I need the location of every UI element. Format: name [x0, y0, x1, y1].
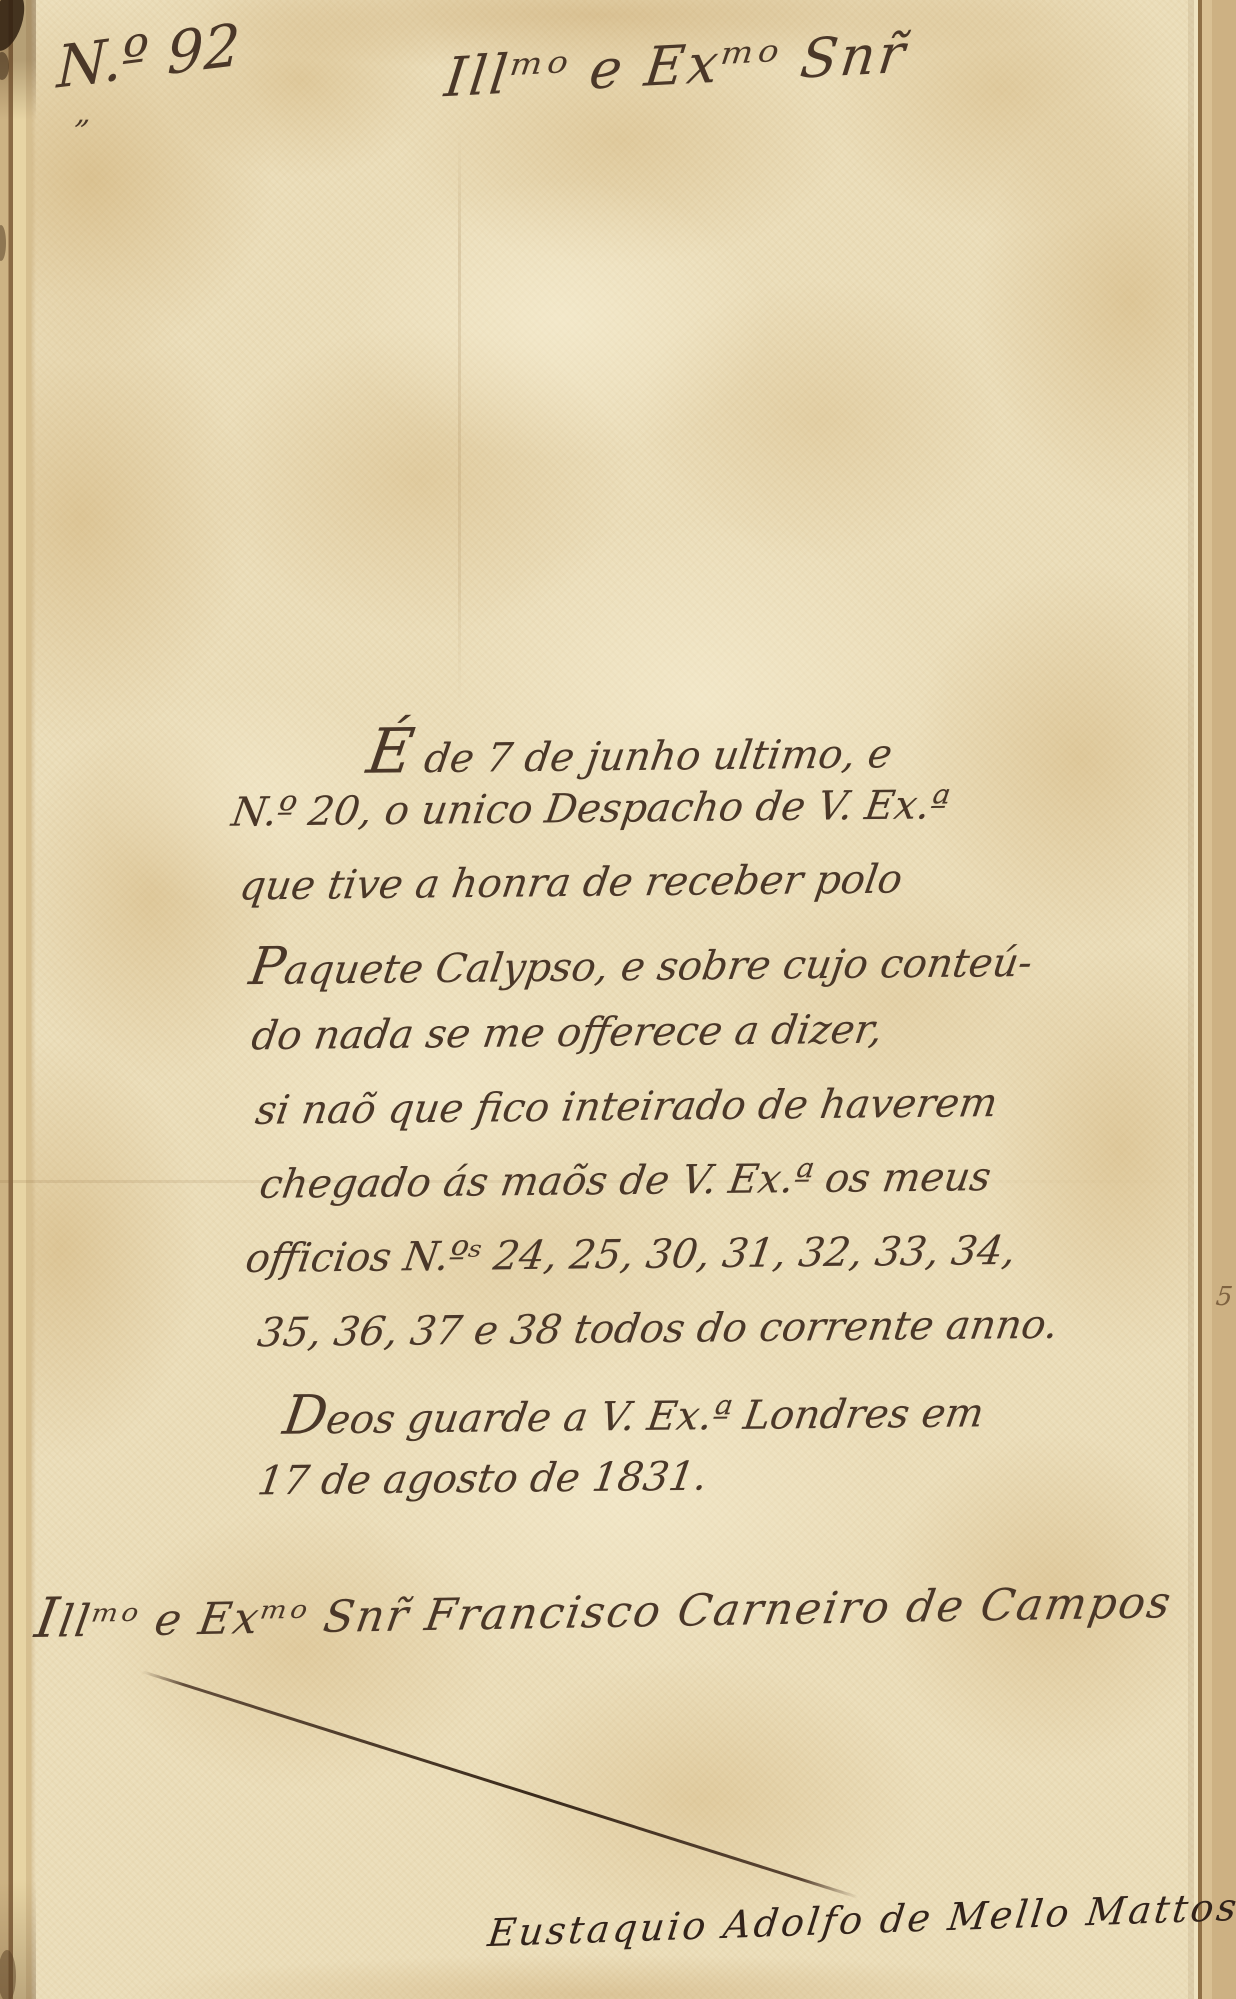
body-line: É de 7 de junho ultimo, e — [363, 709, 899, 788]
document-number-mark: „ — [74, 96, 94, 131]
left-page-gutter — [0, 0, 36, 1999]
flourish-line — [141, 1670, 859, 1899]
body-line: chegado ás maõs de V. Ex.ª os meus — [257, 1154, 994, 1208]
body-line: officios N.ºˢ 24, 25, 30, 31, 32, 33, 34… — [243, 1228, 1019, 1282]
body-line: N.º 20, o unico Despacho de V. Ex.ª — [229, 782, 953, 836]
body-line: que tive a honra de receber polo — [237, 856, 906, 909]
body-line: Paquete Calypso, e sobre cujo conteú- — [246, 929, 1037, 997]
addressee-line: Illᵐᵒ e Exᵐᵒ Snr̃ Francisco Carneiro de … — [31, 1566, 1178, 1650]
body-line: Deos guarde a V. Ex.ª Londres em — [279, 1376, 989, 1446]
body-line: do nada se me offerece a dizer, — [249, 1007, 886, 1060]
body-line: 35, 36, 37 e 38 todos do corrente anno. — [255, 1302, 1062, 1356]
vertical-fold-crease — [458, 130, 461, 710]
binding-stain — [0, 1950, 16, 1999]
signature: Eustaquio Adolfo de Mello Mattos — [486, 1885, 1236, 1955]
right-page-edge — [1188, 0, 1236, 1999]
margin-edge-mark: 5 — [1214, 1282, 1234, 1312]
salutation-header: Illᵐᵒ e Exᵐᵒ Snr̃ — [441, 22, 911, 110]
body-line: si naõ que fico inteirado de haverem — [253, 1080, 1001, 1134]
document-number: N.º 92 — [56, 10, 241, 101]
body-line: 17 de agosto de 1831. — [255, 1454, 711, 1505]
manuscript-page: N.º 92 „ Illᵐᵒ e Exᵐᵒ Snr̃ É de 7 de jun… — [0, 0, 1236, 1999]
